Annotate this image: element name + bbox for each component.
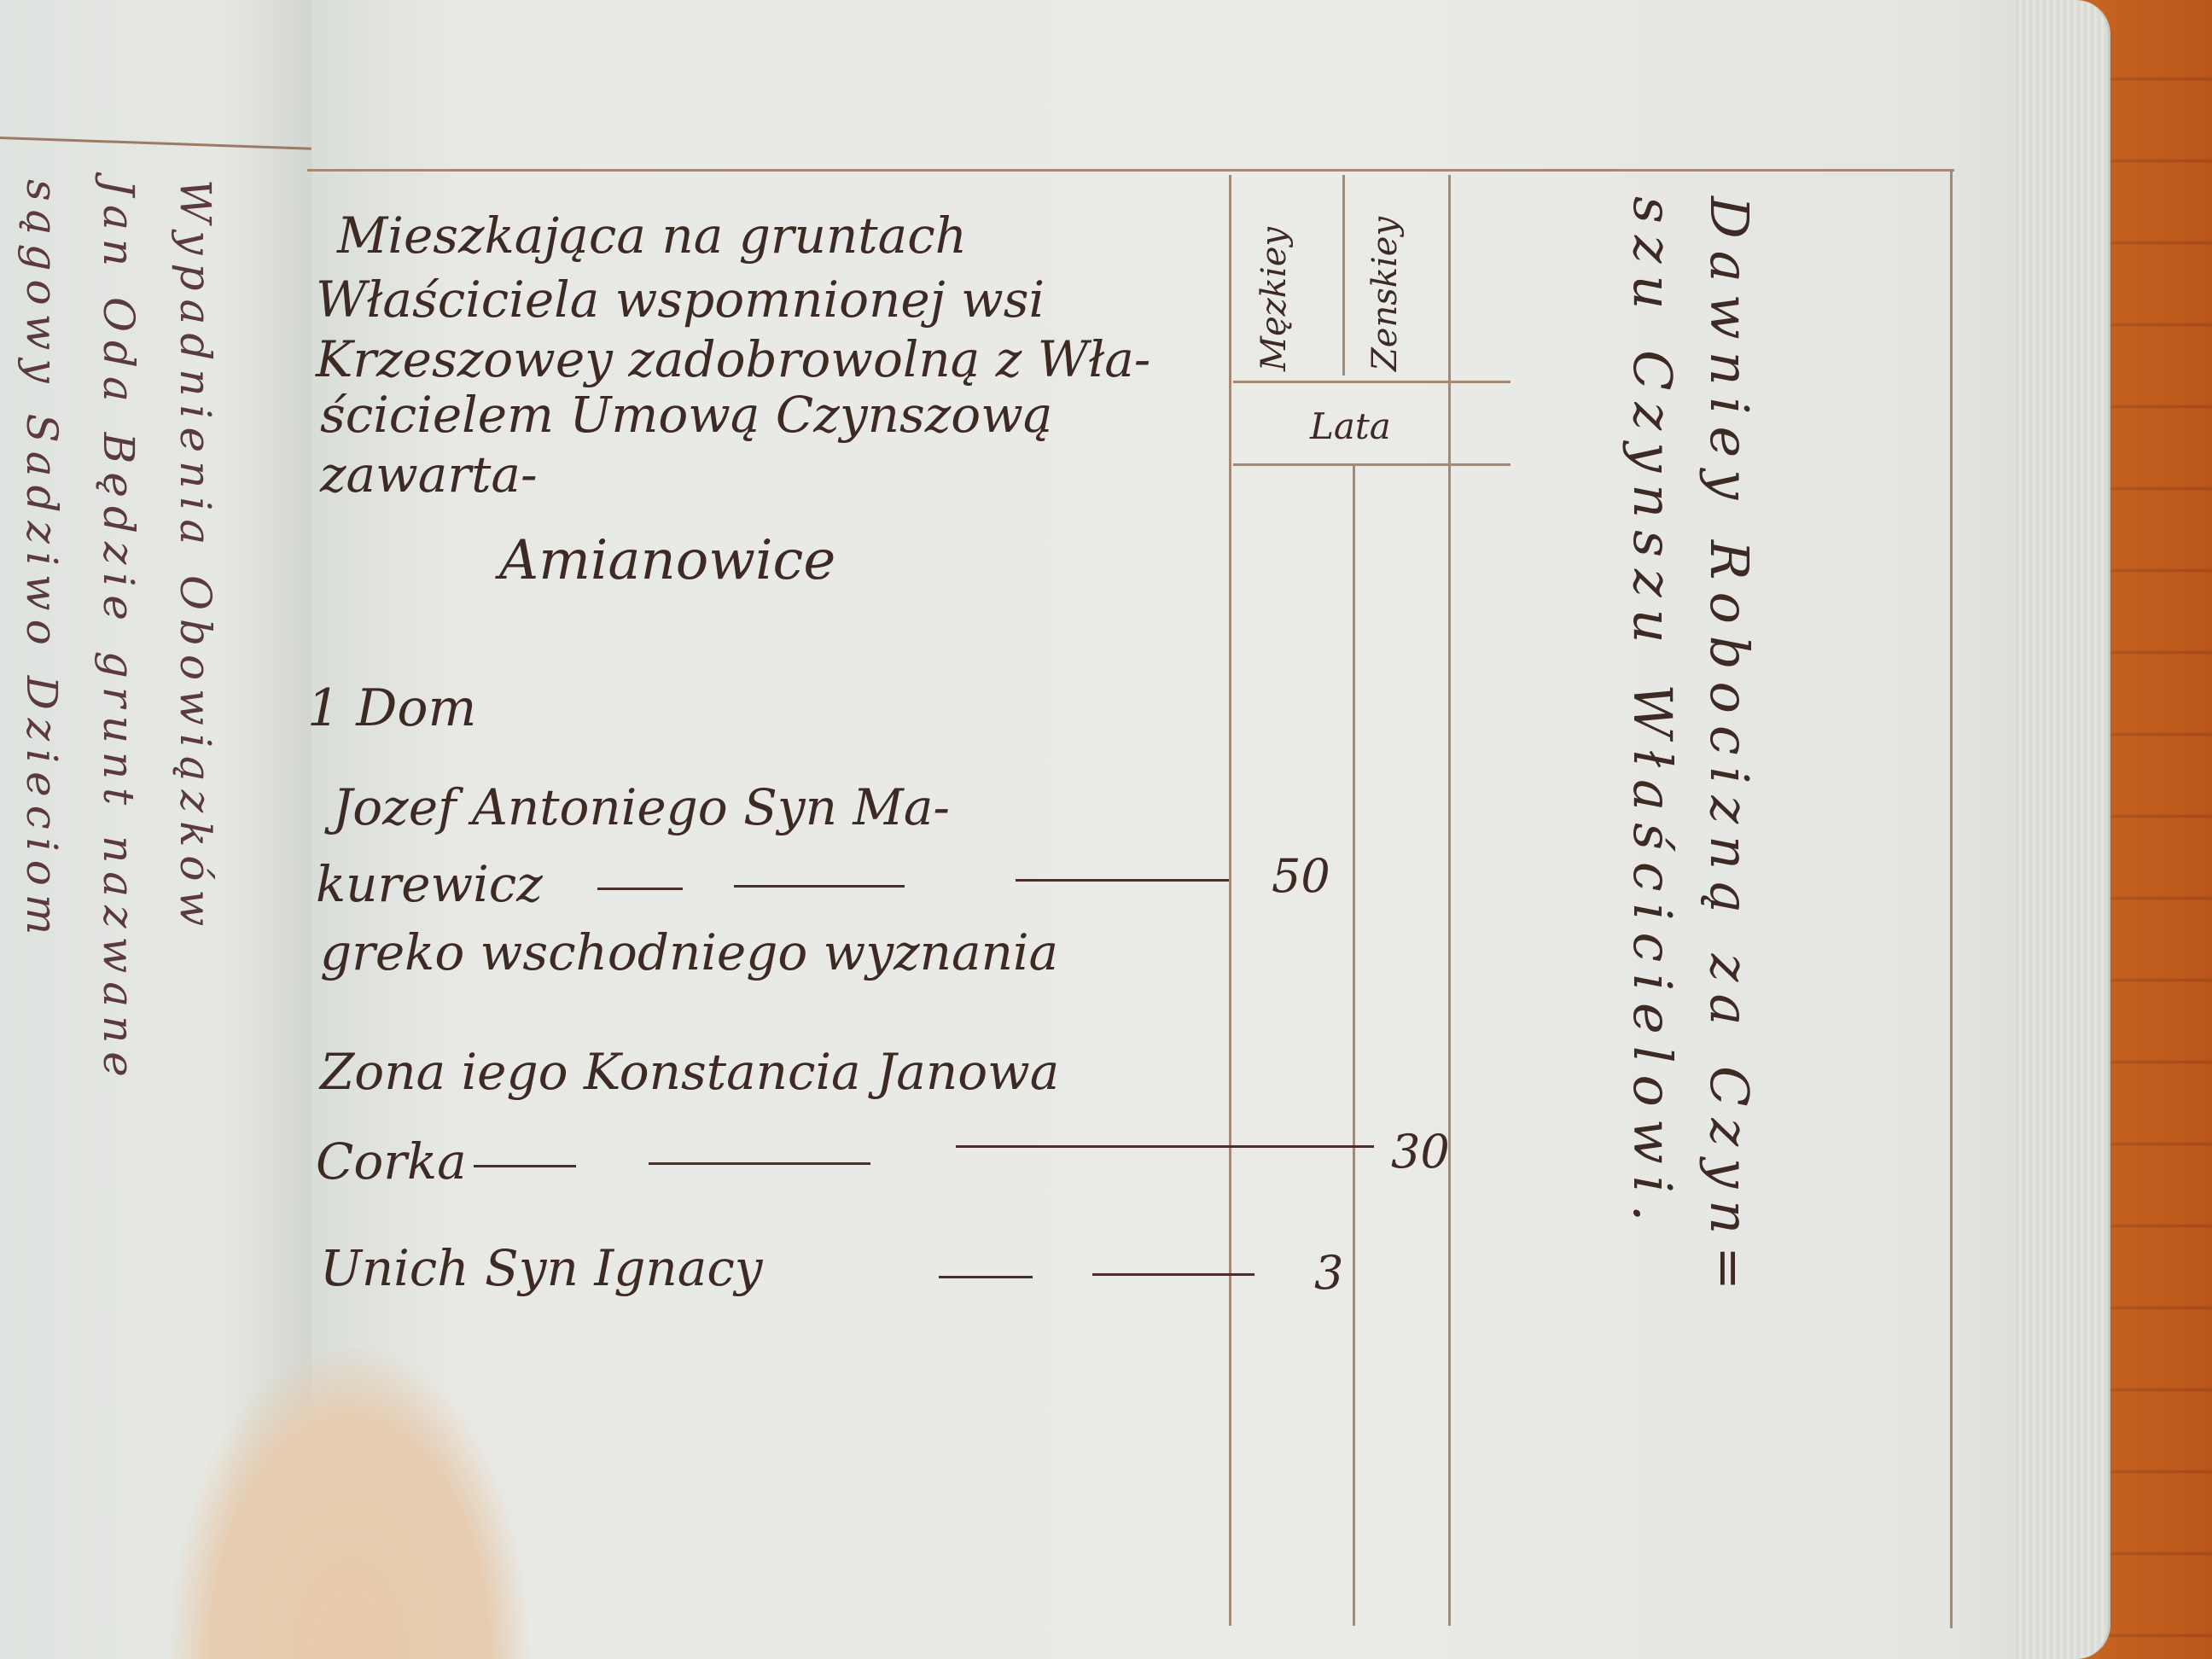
left-page-column-3: sągowy Sadziwo Dzieciom bbox=[17, 179, 67, 943]
left-page-column-2: Jan Oda Będzie grunt nazwane bbox=[94, 179, 143, 1086]
entry-4-line-1: Unich Syn Ignacy bbox=[320, 1242, 763, 1295]
heading-line-2: Właściciela wspomnionej wsi bbox=[316, 273, 1045, 326]
filler-dash bbox=[956, 1145, 1374, 1148]
entry-2-line-1: greko wschodniego wyznania bbox=[320, 926, 1058, 979]
column-header-male: Męzkiey bbox=[1254, 192, 1294, 371]
entry-3-line-2: Corka bbox=[316, 1135, 467, 1188]
rule-male-left bbox=[1229, 175, 1231, 1626]
heading-line-3: Krzeszowey zadobrowolną z Wła- bbox=[316, 333, 1150, 386]
heading-line-1: Mieszkająca na gruntach bbox=[337, 209, 967, 262]
filler-dash bbox=[1092, 1273, 1254, 1276]
left-page-rule bbox=[0, 137, 311, 150]
entry-1-male-age: 50 bbox=[1272, 849, 1330, 903]
rule-male-female bbox=[1353, 465, 1355, 1626]
water-stain bbox=[171, 1348, 529, 1659]
page-edges bbox=[2014, 0, 2110, 1659]
column-header-age: Lata bbox=[1310, 405, 1391, 447]
entry-3-line-1: Zona iego Konstancia Janowa bbox=[320, 1045, 1059, 1098]
table-top-rule bbox=[307, 169, 1954, 172]
filler-dash bbox=[939, 1276, 1033, 1278]
entry-1-line-1: Jozef Antoniego Syn Ma- bbox=[333, 781, 950, 834]
column-header-female: Zenskiey bbox=[1365, 179, 1405, 371]
entry-1-line-2: kurewicz bbox=[316, 858, 543, 911]
left-page-column-1: Wypadnienia Obowiązków bbox=[171, 179, 220, 934]
entry-4-male-age: 3 bbox=[1314, 1246, 1343, 1300]
remarks-line-1: Dawniey Robocizną za Czyn= bbox=[1698, 196, 1761, 1302]
filler-dash bbox=[734, 885, 905, 888]
rule-header-bottom bbox=[1233, 463, 1511, 466]
heading-line-4: ścicielem Umową Czynszową bbox=[320, 388, 1052, 441]
heading-line-5: zawarta- bbox=[320, 448, 538, 501]
filler-dash bbox=[474, 1165, 576, 1167]
remarks-line-2: szu Czynszu Właścicielowi. bbox=[1621, 196, 1684, 1233]
entry-3-female-age: 30 bbox=[1391, 1125, 1450, 1179]
village-name: Amianowice bbox=[499, 529, 835, 592]
house-number: 1 Dom bbox=[307, 678, 476, 738]
rule-female-right bbox=[1448, 175, 1451, 1626]
filler-dash bbox=[1016, 879, 1229, 882]
filler-dash bbox=[597, 888, 683, 890]
filler-dash bbox=[649, 1162, 870, 1165]
rule-page-right bbox=[1950, 169, 1953, 1628]
rule-header-split bbox=[1233, 381, 1511, 383]
open-ledger-book: Wypadnienia Obowiązków Jan Oda Będzie gr… bbox=[0, 0, 2108, 1659]
rule-male-female-header bbox=[1342, 175, 1345, 375]
